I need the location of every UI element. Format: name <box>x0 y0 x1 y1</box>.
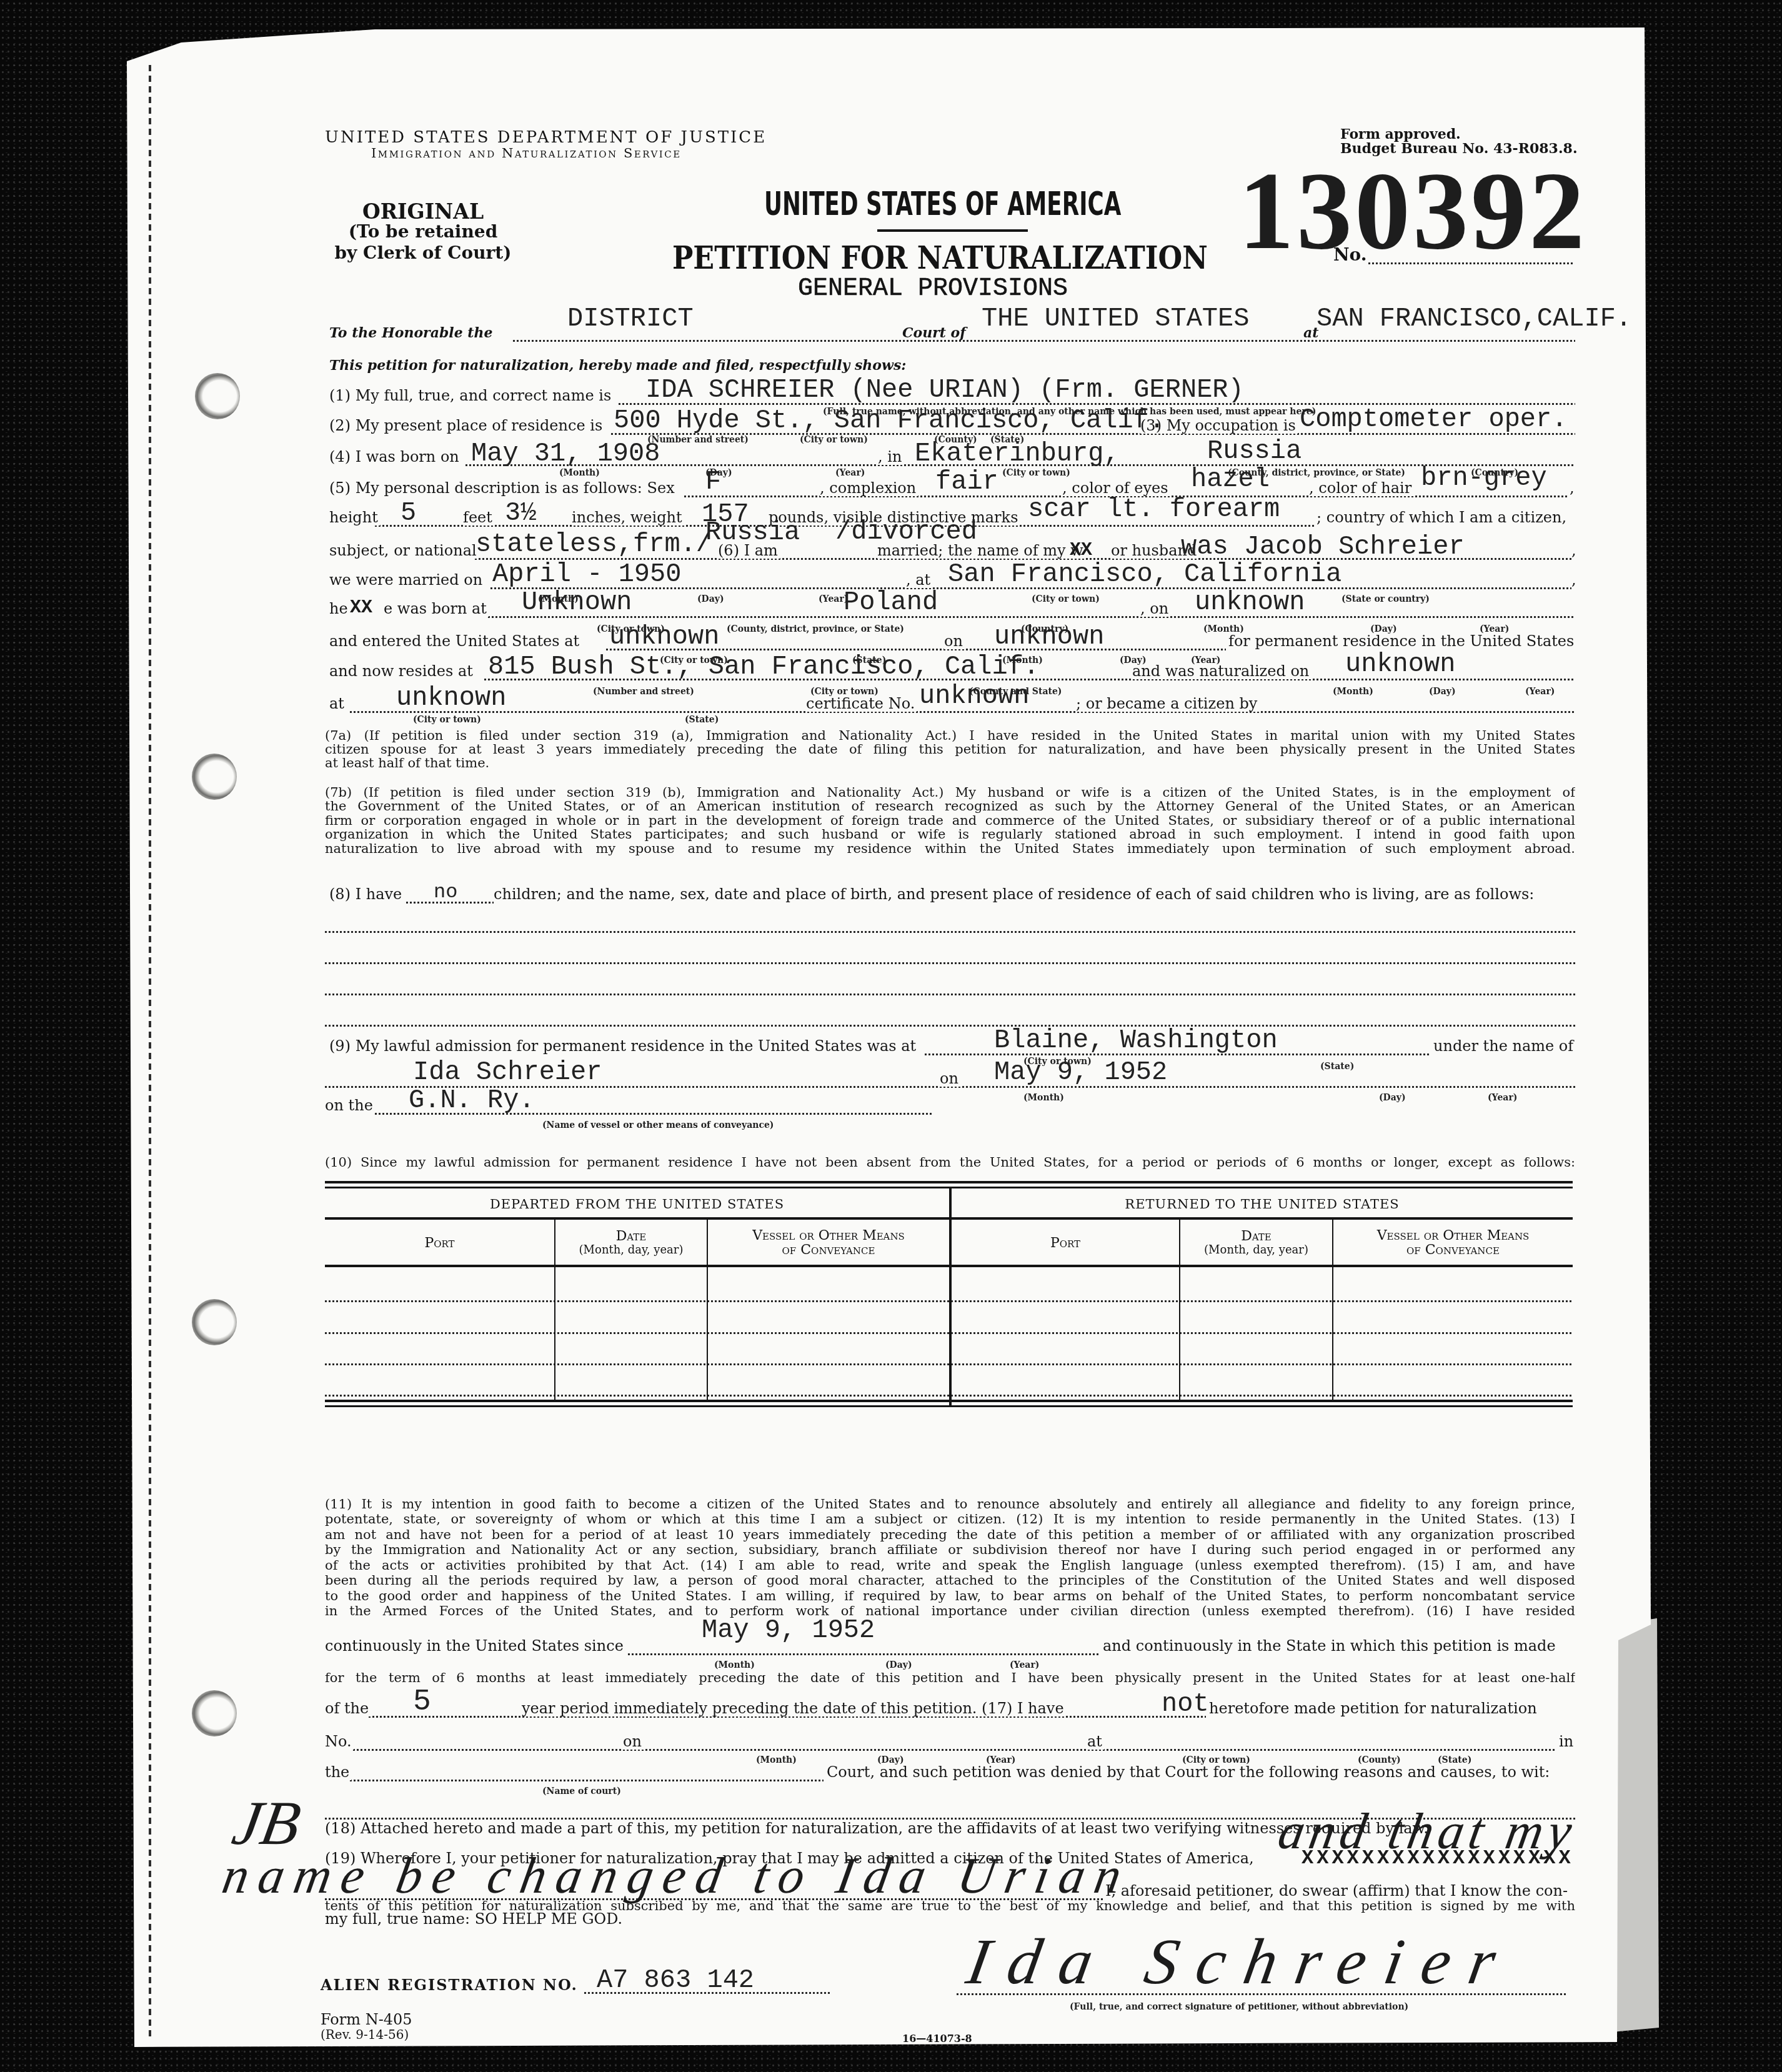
court-blank <box>513 340 1575 342</box>
group-header-returned: RETURNED TO THE UNITED STATES <box>952 1193 1573 1215</box>
q11-text-line: of the acts or activities prohibited by … <box>325 1558 1575 1572</box>
court-name: THE UNITED STATES <box>982 306 1249 332</box>
field-caption: (Day) <box>697 595 724 604</box>
q16-label: year period immediately preceding the da… <box>522 1701 1066 1716</box>
court-label: Court of <box>902 326 968 340</box>
court-type: DISTRICT <box>567 306 694 332</box>
q11-text-line: am not and have not been for a period of… <box>325 1528 1575 1542</box>
q6-label: , on <box>1140 601 1170 617</box>
page-subtitle: GENERAL PROVISIONS <box>798 277 1068 302</box>
full-name-value: IDA SCHREIER (Nee URIAN) (Frm. GERNER) <box>645 377 1244 403</box>
q11-text-line: potentate, state, or sovereignty of whom… <box>325 1512 1575 1526</box>
q17-label: the <box>325 1765 351 1780</box>
field-caption: (Name of vessel or other means of convey… <box>542 1121 774 1130</box>
nationality-value: stateless,frm./ <box>475 531 712 557</box>
q5-label: subject, or national <box>329 543 479 559</box>
column-header-port: Port <box>952 1222 1179 1263</box>
prior-petition-value: not <box>1162 1691 1209 1717</box>
field-caption: (Year) <box>1525 687 1555 697</box>
handwritten-amendment: name be changed to Ida Urian <box>219 1850 1135 1901</box>
struck-text: XX <box>1070 541 1092 560</box>
naturalized-at-value: unknown <box>396 685 506 711</box>
field-caption: (State or country) <box>1341 595 1430 604</box>
q17-label: on <box>623 1734 644 1750</box>
height-feet-value: 5 <box>401 500 416 526</box>
q5-label: feet <box>463 510 494 525</box>
birth-city-value: Ekaterinburg, <box>915 441 1120 467</box>
number-blank <box>1368 262 1573 264</box>
spouse-birth-blank <box>488 616 1575 618</box>
field-caption: (Number and street) <box>647 436 749 445</box>
q17-label: in <box>1559 1734 1575 1750</box>
field-caption: (City or town) <box>413 715 481 725</box>
admission-port-value: Blaine, Washington <box>994 1027 1278 1053</box>
field-caption: (Year) <box>1010 1661 1039 1670</box>
q7b-text-line: the Government of the United States, or … <box>325 799 1575 813</box>
residence-value: 500 Hyde St., San Francisco, Calif. <box>614 407 1165 434</box>
q17-label: No. <box>325 1734 354 1750</box>
column-title: Date <box>616 1229 647 1243</box>
marriage-place-value: San Francisco, California <box>948 561 1341 587</box>
field-caption: (Day) <box>885 1661 912 1670</box>
petition-number: 130392 <box>1238 155 1587 266</box>
petitioner-signature: Ida Schreier <box>962 1930 1519 1995</box>
q6-label: ; or became a citizen by <box>1076 696 1259 712</box>
q7b-text-line: naturalization to live abroad with my sp… <box>325 842 1575 855</box>
admission-date-value: May 9, 1952 <box>994 1059 1167 1085</box>
field-caption: (Month) <box>1333 687 1373 697</box>
court-location: SAN FRANCISCO,CALIF. <box>1317 306 1631 332</box>
column-subtitle: of Conveyance <box>782 1243 875 1257</box>
q6-label: and was naturalized on <box>1132 664 1311 679</box>
column-title: Port <box>424 1236 454 1250</box>
children-line <box>325 962 1575 964</box>
certificate-number-value: unknown <box>919 683 1029 709</box>
q10-text: (10) Since my lawful admission for perma… <box>325 1155 1575 1169</box>
field-caption: (Year) <box>1488 1093 1517 1103</box>
q19-label: I, aforesaid petitioner, do swear (affir… <box>1105 1883 1570 1899</box>
q6-label: e was born at <box>384 601 489 617</box>
q17-label: heretofore made petition for naturalizat… <box>1209 1701 1539 1716</box>
q5-label: ; country of which I am a citizen, <box>1317 510 1568 525</box>
q17-label: at <box>1087 1734 1104 1750</box>
q11-text-line: by the Immigration and Nationality Act o… <box>325 1543 1575 1556</box>
field-caption: (City or town) <box>1002 469 1070 478</box>
field-caption: (Day) <box>1370 625 1397 634</box>
hair-color-value: brn-grey <box>1421 465 1547 491</box>
q5-label: inches, weight <box>572 510 684 525</box>
occupation-value: Comptometer oper. <box>1300 406 1567 432</box>
field-caption: (Name of court) <box>542 1787 621 1796</box>
department-name: UNITED STATES DEPARTMENT OF JUSTICE <box>325 129 767 146</box>
field-caption: (State) <box>1438 1756 1471 1765</box>
form-revision: (Rev. 9-14-56) <box>321 2028 409 2041</box>
marks-value: scar lt. forearm <box>1028 496 1280 522</box>
birth-country-value: Russia <box>1207 438 1302 464</box>
punch-hole-icon <box>192 754 237 800</box>
scan-background: UNITED STATES DEPARTMENT OF JUSTICE Immi… <box>0 0 1782 2072</box>
q11-text-line: in the Armed Forces of the United States… <box>325 1604 1575 1618</box>
field-caption: (Day) <box>1429 687 1456 697</box>
q5-label: , <box>1570 481 1576 496</box>
field-caption: (Month) <box>1203 625 1244 634</box>
column-title: Vessel or Other Means <box>1377 1228 1530 1243</box>
q7a-text-line: citizen spouse for at least 3 years imme… <box>325 742 1575 756</box>
q5-label: , color of hair <box>1309 481 1413 496</box>
column-header-vessel: Vessel or Other Meansof Conveyance <box>708 1222 949 1263</box>
conveyance-value: G.N. Ry. <box>409 1087 535 1113</box>
copy-label: ORIGINAL <box>325 201 521 222</box>
q11-text-line: been during all the periods required by … <box>325 1573 1575 1587</box>
q1-label: (1) My full, true, and correct name is <box>329 388 613 404</box>
field-caption: (Day) <box>877 1756 904 1765</box>
field-caption: (Day) <box>1379 1093 1406 1103</box>
form-number: Form N-405 <box>321 2012 412 2028</box>
spouse-birth-country-value: Poland <box>844 589 938 615</box>
table-rule <box>325 1181 1573 1183</box>
column-title: Date <box>1241 1229 1272 1243</box>
struck-text: XX <box>350 599 372 617</box>
column-title: Vessel or Other Means <box>752 1228 905 1243</box>
field-caption: (City or town) <box>800 436 868 445</box>
q7b-text-line: (7b) (If petition is filed under section… <box>325 785 1575 799</box>
alien-registration-label: ALIEN REGISTRATION NO. <box>321 1977 580 1993</box>
column-subtitle: of Conveyance <box>1406 1243 1500 1257</box>
nationality-country-value: Russia <box>705 519 800 545</box>
number-label: No. <box>1333 246 1367 264</box>
handwritten-initials: JB <box>228 1792 305 1855</box>
q5-label: (5) My personal description is as follow… <box>329 481 677 496</box>
q16-label: continuously in the United States since <box>325 1638 625 1654</box>
children-line <box>325 994 1575 995</box>
q16-text-line: for the term of 6 months at least immedi… <box>325 1671 1575 1685</box>
field-caption: (Day) <box>1120 656 1147 665</box>
form-approved: Form approved. <box>1340 127 1461 142</box>
spouse-birth-city-value: Unknown <box>522 589 632 615</box>
entry-place-value: unknown <box>609 624 719 650</box>
column-header-port: Port <box>325 1222 554 1263</box>
q11-text-line: (11) It is my intention in good faith to… <box>325 1497 1575 1511</box>
resided-since-value: May 9, 1952 <box>702 1617 875 1643</box>
entry-date-value: unknown <box>994 624 1104 650</box>
copy-note: by Clerk of Court) <box>325 244 521 262</box>
field-caption: (State) <box>1320 1062 1354 1072</box>
sex-value: F <box>705 469 721 495</box>
q5-label: , complexion <box>820 481 918 496</box>
q17-label: Court, and such petition was denied by t… <box>827 1765 1551 1780</box>
admitted-name-value: Ida Schreier <box>413 1059 602 1085</box>
q9-label: under the name of <box>1433 1038 1575 1054</box>
q6-label: , <box>1571 543 1578 559</box>
field-caption: (Number and street) <box>593 687 694 697</box>
column-title: Port <box>1050 1236 1080 1250</box>
punch-hole-icon <box>192 1690 237 1736</box>
group-header-departed: DEPARTED FROM THE UNITED STATES <box>325 1193 949 1215</box>
punch-hole-icon <box>195 373 240 419</box>
print-code: 16—41073-8 <box>902 2033 972 2044</box>
birth-date-value: May 31, 1908 <box>471 441 660 467</box>
marriage-date-value: April - 1950 <box>492 561 681 587</box>
eye-color-value: hazel <box>1191 466 1270 492</box>
column-subtitle: (Month, day, year) <box>579 1243 684 1257</box>
q8-label: (8) I have <box>329 887 404 902</box>
prior-petition-blank <box>353 1749 1556 1751</box>
children-line <box>325 931 1575 933</box>
field-caption: (Year) <box>986 1756 1015 1765</box>
q7a-text-line: at least half of that time. <box>325 756 1575 770</box>
field-caption: (County) <box>1358 1756 1401 1765</box>
q2-label: (2) My present place of residence is <box>329 418 604 434</box>
q9-label: on the <box>325 1098 375 1113</box>
q6-label: and entered the United States at <box>329 634 581 649</box>
service-name: Immigration and Naturalization Service <box>371 146 682 160</box>
spouse-name-value: was Jacob Schreier <box>1181 534 1465 560</box>
field-caption: (County, district, province, or State) <box>727 625 904 634</box>
children-count-value: no <box>434 882 457 902</box>
column-header-date: Date(Month, day, year) <box>555 1222 707 1263</box>
field-caption: (Year) <box>1480 625 1509 634</box>
height-inches-value: 3½ <box>505 500 536 526</box>
oath-text: my full, true name: SO HELP ME GOD. <box>325 1911 624 1927</box>
country-heading: UNITED STATES OF AMERICA <box>764 189 1121 221</box>
field-caption: (Year) <box>835 469 865 478</box>
field-caption: (State) <box>685 715 719 725</box>
court-name-blank <box>350 1780 824 1781</box>
alien-registration-number: A7 863 142 <box>597 1967 754 1993</box>
copy-note: (To be retained <box>325 222 521 241</box>
field-caption: (Month) <box>559 469 600 478</box>
column-header-vessel: Vessel or Other Meansof Conveyance <box>1333 1222 1573 1263</box>
q9-label: on <box>940 1071 960 1087</box>
q4-label: (4) I was born on <box>329 449 461 465</box>
q5-label: height <box>329 510 380 525</box>
q18-text: (18) Attached hereto and made a part of … <box>325 1821 1430 1836</box>
field-caption: (City or town) <box>1032 595 1100 604</box>
table-rule <box>325 1405 1573 1407</box>
q6-label: certificate No. <box>806 696 917 712</box>
q16-label: of the <box>325 1701 371 1716</box>
court-label: To the Honorable the <box>329 326 495 340</box>
field-caption: (Month) <box>756 1756 797 1765</box>
naturalized-date-value: unknown <box>1345 651 1455 677</box>
column-subtitle: (Month, day, year) <box>1204 1243 1308 1257</box>
q6-label: and now resides at <box>329 664 475 679</box>
q6-label: , <box>1571 572 1578 588</box>
field-caption: (Year) <box>1191 656 1220 665</box>
column-header-date: Date(Month, day, year) <box>1180 1222 1332 1263</box>
field-caption: (Month) <box>714 1661 755 1670</box>
q6-label: we were married on <box>329 572 484 588</box>
handwritten-amendment: and that my <box>1275 1806 1581 1857</box>
q16-label: and continuously in the State in which t… <box>1103 1638 1558 1654</box>
heading-divider <box>877 229 1028 232</box>
marital-status-value: /divorced <box>835 519 977 545</box>
q6-label: he <box>329 601 350 617</box>
intro-text: This petition for naturalization, hereby… <box>329 359 908 372</box>
q9-label: (9) My lawful admission for permanent re… <box>329 1038 918 1054</box>
perforation-line <box>149 65 151 2040</box>
q7b-text-line: organization in which the United States … <box>325 827 1575 841</box>
q6-label: on <box>944 634 965 649</box>
q11-text-line: to the good order and happiness of the U… <box>325 1589 1575 1603</box>
field-caption: (City or town) <box>810 687 879 697</box>
children-line <box>325 1025 1575 1027</box>
spouse-birth-date-value: unknown <box>1195 589 1305 615</box>
years-value: 5 <box>413 1687 431 1717</box>
residence-since-blank <box>628 1653 1100 1655</box>
complexion-value: fair <box>935 469 998 495</box>
punch-hole-icon <box>192 1299 237 1345</box>
field-caption: (Full, true, and correct signature of pe… <box>1070 2003 1408 2012</box>
q6-label: for permanent residence in the United St… <box>1228 634 1576 649</box>
table-center-divider <box>949 1187 952 1405</box>
q6-label: at <box>329 696 346 712</box>
field-caption: (Month) <box>1023 1093 1064 1103</box>
q8-label: children; and the name, sex, date and pl… <box>494 887 1536 902</box>
field-caption: (City or town) <box>1182 1756 1250 1765</box>
spouse-residence-value: 815 Bush St., San Francisco, Calif. <box>488 654 1039 680</box>
q6-label: , at <box>906 572 932 588</box>
q4-label: , in <box>878 449 903 465</box>
absence-table: DEPARTED FROM THE UNITED STATES RETURNED… <box>325 1178 1573 1408</box>
naturalization-blank <box>350 711 1575 713</box>
page-title: PETITION FOR NATURALIZATION <box>672 242 1208 274</box>
q7a-text-line: (7a) (If petition is filed under section… <box>325 729 1575 742</box>
q7b-text-line: firm or corporation engaged in whole or … <box>325 814 1575 827</box>
